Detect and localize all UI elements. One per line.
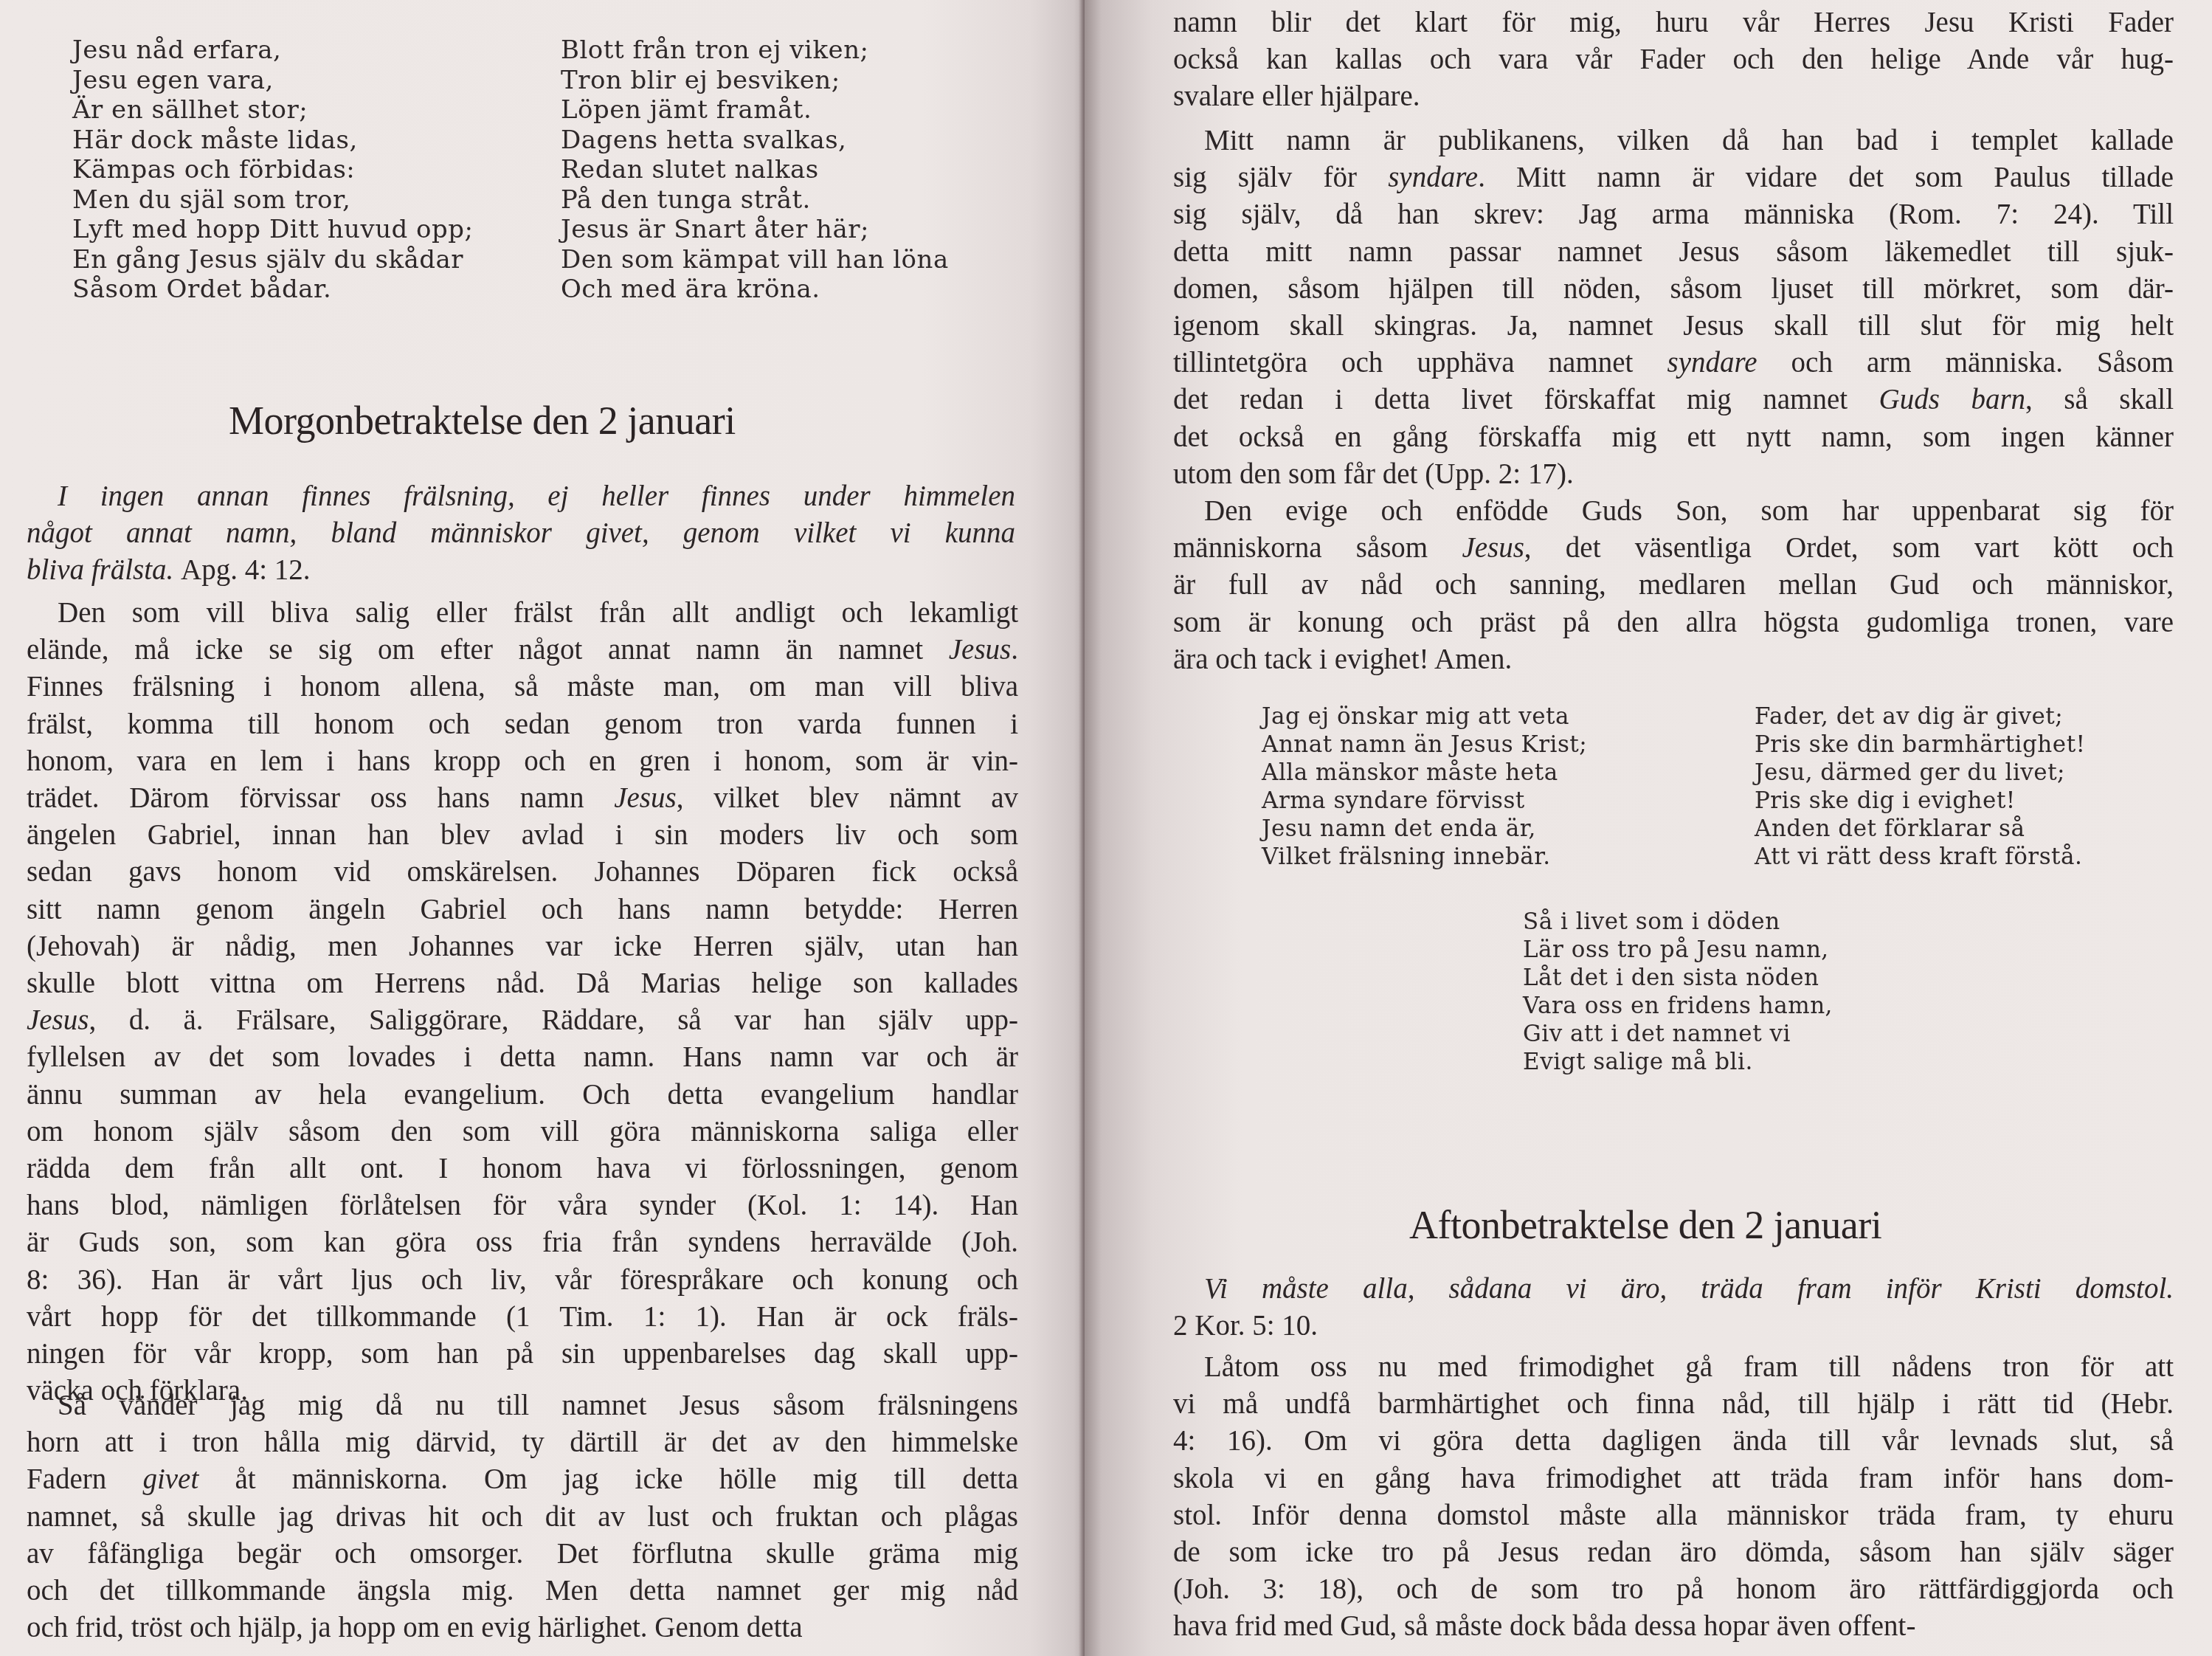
verse-line: Lyft med hopp Ditt huvud opp; <box>72 215 474 245</box>
text-line: (Jehovah) är nådig, men Johannes var ick… <box>27 928 1018 965</box>
text-line: sitt namn genom ängeln Gabriel och hans … <box>27 891 1018 928</box>
text-line: frälst, komma till honom och sedan genom… <box>27 706 1018 743</box>
verse-line: Pris ske din barmhärtighet! <box>1755 731 2086 759</box>
text-line: och det tillkommande ängsla mig. Men det… <box>27 1573 1018 1610</box>
text-line: av fåfängliga begär och omsorger. Det fö… <box>27 1536 1018 1573</box>
verse-line: Annat namn än Jesus Krist; <box>1262 731 1587 759</box>
paragraph-son-of-god: Den evige och enfödde Guds Son, som har … <box>1173 493 2174 678</box>
verse-line: Att vi rätt dess kraft förstå. <box>1755 843 2086 871</box>
text-line: Mitt namn är publikanens, vilken då han … <box>1173 123 2174 159</box>
verse-line: Jesus är Snart åter här; <box>561 215 949 245</box>
text-line: Fadern givet åt människorna. Om jag icke… <box>27 1461 1018 1498</box>
text-line: och frid, tröst och hjälp, ja hopp om en… <box>27 1610 1018 1646</box>
left-page: Jesu nåd erfara,Jesu egen vara,Är en säl… <box>0 0 1085 1656</box>
verse-line: Jesu namn det enda är, <box>1262 815 1587 843</box>
verse-line: Kämpas och förbidas: <box>72 155 474 185</box>
verse-line: Blott från tron ej viken; <box>561 35 949 66</box>
verse-line: Jesu nåd erfara, <box>72 35 474 66</box>
text-line: Den evige och enfödde Guds Son, som har … <box>1173 493 2174 530</box>
text-line: ängelen Gabriel, innan han blev avlad i … <box>27 817 1018 854</box>
text-line: 8: 36). Han är vårt ljus och liv, vår fö… <box>27 1262 1018 1299</box>
verse-line: Fader, det av dig är givet; <box>1755 703 2086 731</box>
italic-emphasis: Jesus <box>614 782 676 814</box>
text-line: Den som vill bliva salig eller frälst fr… <box>27 595 1018 632</box>
text-line: utom den som får det (Upp. 2: 17). <box>1173 456 2174 493</box>
text-line: trädet. Därom förvissar oss hans namn Je… <box>27 780 1018 817</box>
verse-line: Jesu egen vara, <box>72 66 474 96</box>
italic-emphasis: givet <box>142 1463 198 1495</box>
verse-line: Såsom Ordet bådar. <box>72 275 474 305</box>
motto-line: I ingen annan finnes frälsning, ej helle… <box>27 478 1015 515</box>
text-line: ännu summan av hela evangelium. Och dett… <box>27 1077 1018 1114</box>
text-line: sig själv för syndare. Mitt namn är vida… <box>1173 159 2174 196</box>
right-page: namn blir det klart för mig, huru vår He… <box>1085 0 2212 1656</box>
italic-emphasis: Jesus <box>27 1004 89 1036</box>
text-line: honom, vara en lem i hans kropp och en g… <box>27 743 1018 780</box>
text-line: vi må undfå barmhärtighet och finna nåd,… <box>1173 1386 2174 1423</box>
verse-line: Jag ej önskar mig att veta <box>1262 703 1587 731</box>
verse-line: Är en sällhet stor; <box>72 95 474 125</box>
text-line: Så vänder jag mig då nu till namnet Jesu… <box>27 1387 1018 1424</box>
verse-line: Här dock måste lidas, <box>72 125 474 156</box>
verse-line: Den som kämpat vill han löna <box>561 245 949 275</box>
italic-emphasis: syndare <box>1667 347 1757 379</box>
text-line: Jesus, d. ä. Frälsare, Saliggörare, Rädd… <box>27 1002 1018 1039</box>
motto-line: något annat namn, bland människor givet,… <box>27 515 1015 552</box>
text-line: namn blir det klart för mig, huru vår He… <box>1173 4 2174 41</box>
text-line: också kan kallas och vara vår Fader och … <box>1173 41 2174 78</box>
text-line: ningen för vår kropp, som han på sin upp… <box>27 1336 1018 1373</box>
text-line: är full av nåd och sanning, medlaren mel… <box>1173 567 2174 604</box>
verse-mid-column-2: Fader, det av dig är givet;Pris ske din … <box>1755 703 2086 871</box>
text-line: människorna såsom Jesus, det väsentliga … <box>1173 530 2174 567</box>
verse-line: Alla mänskor måste heta <box>1262 759 1587 787</box>
verse-line: Lär oss tro på Jesu namn, <box>1523 936 1833 964</box>
verse-line: Men du själ som tror, <box>72 185 474 215</box>
motto-italic-end: bliva frälsta. <box>27 554 173 586</box>
text-line: 4: 16). Om vi göra detta dagligen ända t… <box>1173 1423 2174 1460</box>
text-line: är Guds son, som kan göra oss fria från … <box>27 1224 1018 1261</box>
text-line: de som icke tro på Jesus redan äro dömda… <box>1173 1534 2174 1571</box>
text-line: ära och tack i evighet! Amen. <box>1173 641 2174 678</box>
text-line: hava frid med Gud, så måste dock båda de… <box>1173 1608 2174 1645</box>
verse-line: Så i livet som i döden <box>1523 908 1833 936</box>
verse-line: Jesu, därmed ger du livet; <box>1755 759 2086 787</box>
verse-line: Redan slutet nalkas <box>561 155 949 185</box>
morning-paragraph-2: Så vänder jag mig då nu till namnet Jesu… <box>27 1387 1018 1646</box>
text-line: skulle blott vittna om Herrens nåd. Då M… <box>27 965 1018 1002</box>
verse-line: Tron blir ej besviken; <box>561 66 949 96</box>
text-line: horn att i tron hålla mig därvid, ty där… <box>27 1424 1018 1461</box>
evening-motto: Vi måste alla, sådana vi äro, träda fram… <box>1173 1271 2174 1345</box>
motto-reference: Apg. 4: 12. <box>181 554 311 586</box>
verse-line: Anden det förklarar så <box>1755 815 2086 843</box>
morning-motto: I ingen annan finnes frälsning, ej helle… <box>27 478 1015 590</box>
verse-line: Dagens hetta svalkas, <box>561 125 949 156</box>
verse-line: Giv att i det namnet vi <box>1523 1020 1833 1048</box>
evening-paragraph: Låtom oss nu med frimodighet gå fram til… <box>1173 1349 2174 1646</box>
paragraph-publican: Mitt namn är publikanens, vilken då han … <box>1173 123 2174 493</box>
verse-mid-column-1: Jag ej önskar mig att vetaAnnat namn än … <box>1262 703 1587 871</box>
book-spread: Jesu nåd erfara,Jesu egen vara,Är en säl… <box>0 0 2212 1656</box>
text-line: fyllelsen av det som lovades i detta nam… <box>27 1039 1018 1076</box>
text-line: som är konung och präst på den allra hög… <box>1173 604 2174 641</box>
text-line: elände, må icke se sig om efter något an… <box>27 632 1018 669</box>
text-line: rädda dem från allt ont. I honom hava vi… <box>27 1150 1018 1187</box>
verse-top-column-2: Blott från tron ej viken;Tron blir ej be… <box>561 35 949 305</box>
text-line: detta mitt namn passar namnet Jesus såso… <box>1173 234 2174 271</box>
text-line: svalare eller hjälpare. <box>1173 78 2174 115</box>
verse-line: Arma syndare förvisst <box>1262 787 1587 815</box>
verse-line: En gång Jesus själv du skådar <box>72 245 474 275</box>
text-line: det redan i detta livet förskaffat mig n… <box>1173 382 2174 418</box>
verse-line: Och med ära kröna. <box>561 275 949 305</box>
continued-paragraph: namn blir det klart för mig, huru vår He… <box>1173 4 2174 116</box>
text-line: sig själv, då han skrev: Jag arma männis… <box>1173 196 2174 233</box>
evening-heading: Aftonbetraktelse den 2 januari <box>1409 1203 1881 1247</box>
text-line: igenom skall skingras. Ja, namnet Jesus … <box>1173 308 2174 345</box>
verse-line: Vara oss en fridens hamn, <box>1523 992 1833 1020</box>
motto-line: bliva frälsta. Apg. 4: 12. <box>27 552 1015 589</box>
italic-emphasis: Jesus <box>1462 532 1524 564</box>
text-line: tillintetgöra och upphäva namnet syndare… <box>1173 345 2174 382</box>
text-line: stol. Inför denna domstol måste alla män… <box>1173 1497 2174 1534</box>
text-line: hans blod, nämligen förlåtelsen för våra… <box>27 1187 1018 1224</box>
text-line: vårt hopp för det tillkommande (1 Tim. 1… <box>27 1299 1018 1336</box>
text-line: Låtom oss nu med frimodighet gå fram til… <box>1173 1349 2174 1386</box>
verse-line: På den tunga stråt. <box>561 185 949 215</box>
morning-heading: Morgonbetraktelse den 2 januari <box>229 399 736 443</box>
italic-emphasis: Jesus <box>949 634 1011 666</box>
motto-reference: 2 Kor. 5: 10. <box>1173 1308 2174 1345</box>
text-line: domen, såsom hjälpen till nöden, såsom l… <box>1173 271 2174 308</box>
italic-emphasis: syndare <box>1388 162 1478 193</box>
text-line: skola vi en gång hava frimodighet att tr… <box>1173 1460 2174 1497</box>
text-line: det också en gång förskaffa mig ett nytt… <box>1173 419 2174 456</box>
text-line: om honom själv såsom den som vill göra m… <box>27 1114 1018 1150</box>
text-line: Finnes frälsning i honom allena, så måst… <box>27 669 1018 705</box>
text-line: (Joh. 3: 18), och de som tro på honom är… <box>1173 1571 2174 1608</box>
text-line: sedan gavs honom vid omskärelsen. Johann… <box>27 854 1018 891</box>
morning-paragraph-1: Den som vill bliva salig eller frälst fr… <box>27 595 1018 1410</box>
text-line: namnet, så skulle jag drivas hit och dit… <box>27 1499 1018 1536</box>
verse-line: Löpen jämt framåt. <box>561 95 949 125</box>
verse-line: Vilket frälsning innebär. <box>1262 843 1587 871</box>
verse-line: Pris ske dig i evighet! <box>1755 787 2086 815</box>
verse-line: Evigt salige må bli. <box>1523 1048 1833 1076</box>
motto-line: Vi måste alla, sådana vi äro, träda fram… <box>1173 1271 2174 1308</box>
verse-top-column-1: Jesu nåd erfara,Jesu egen vara,Är en säl… <box>72 35 474 305</box>
verse-mid-centered: Så i livet som i dödenLär oss tro på Jes… <box>1523 908 1833 1076</box>
verse-line: Låt det i den sista nöden <box>1523 964 1833 992</box>
italic-emphasis: Guds barn <box>1879 384 2026 415</box>
